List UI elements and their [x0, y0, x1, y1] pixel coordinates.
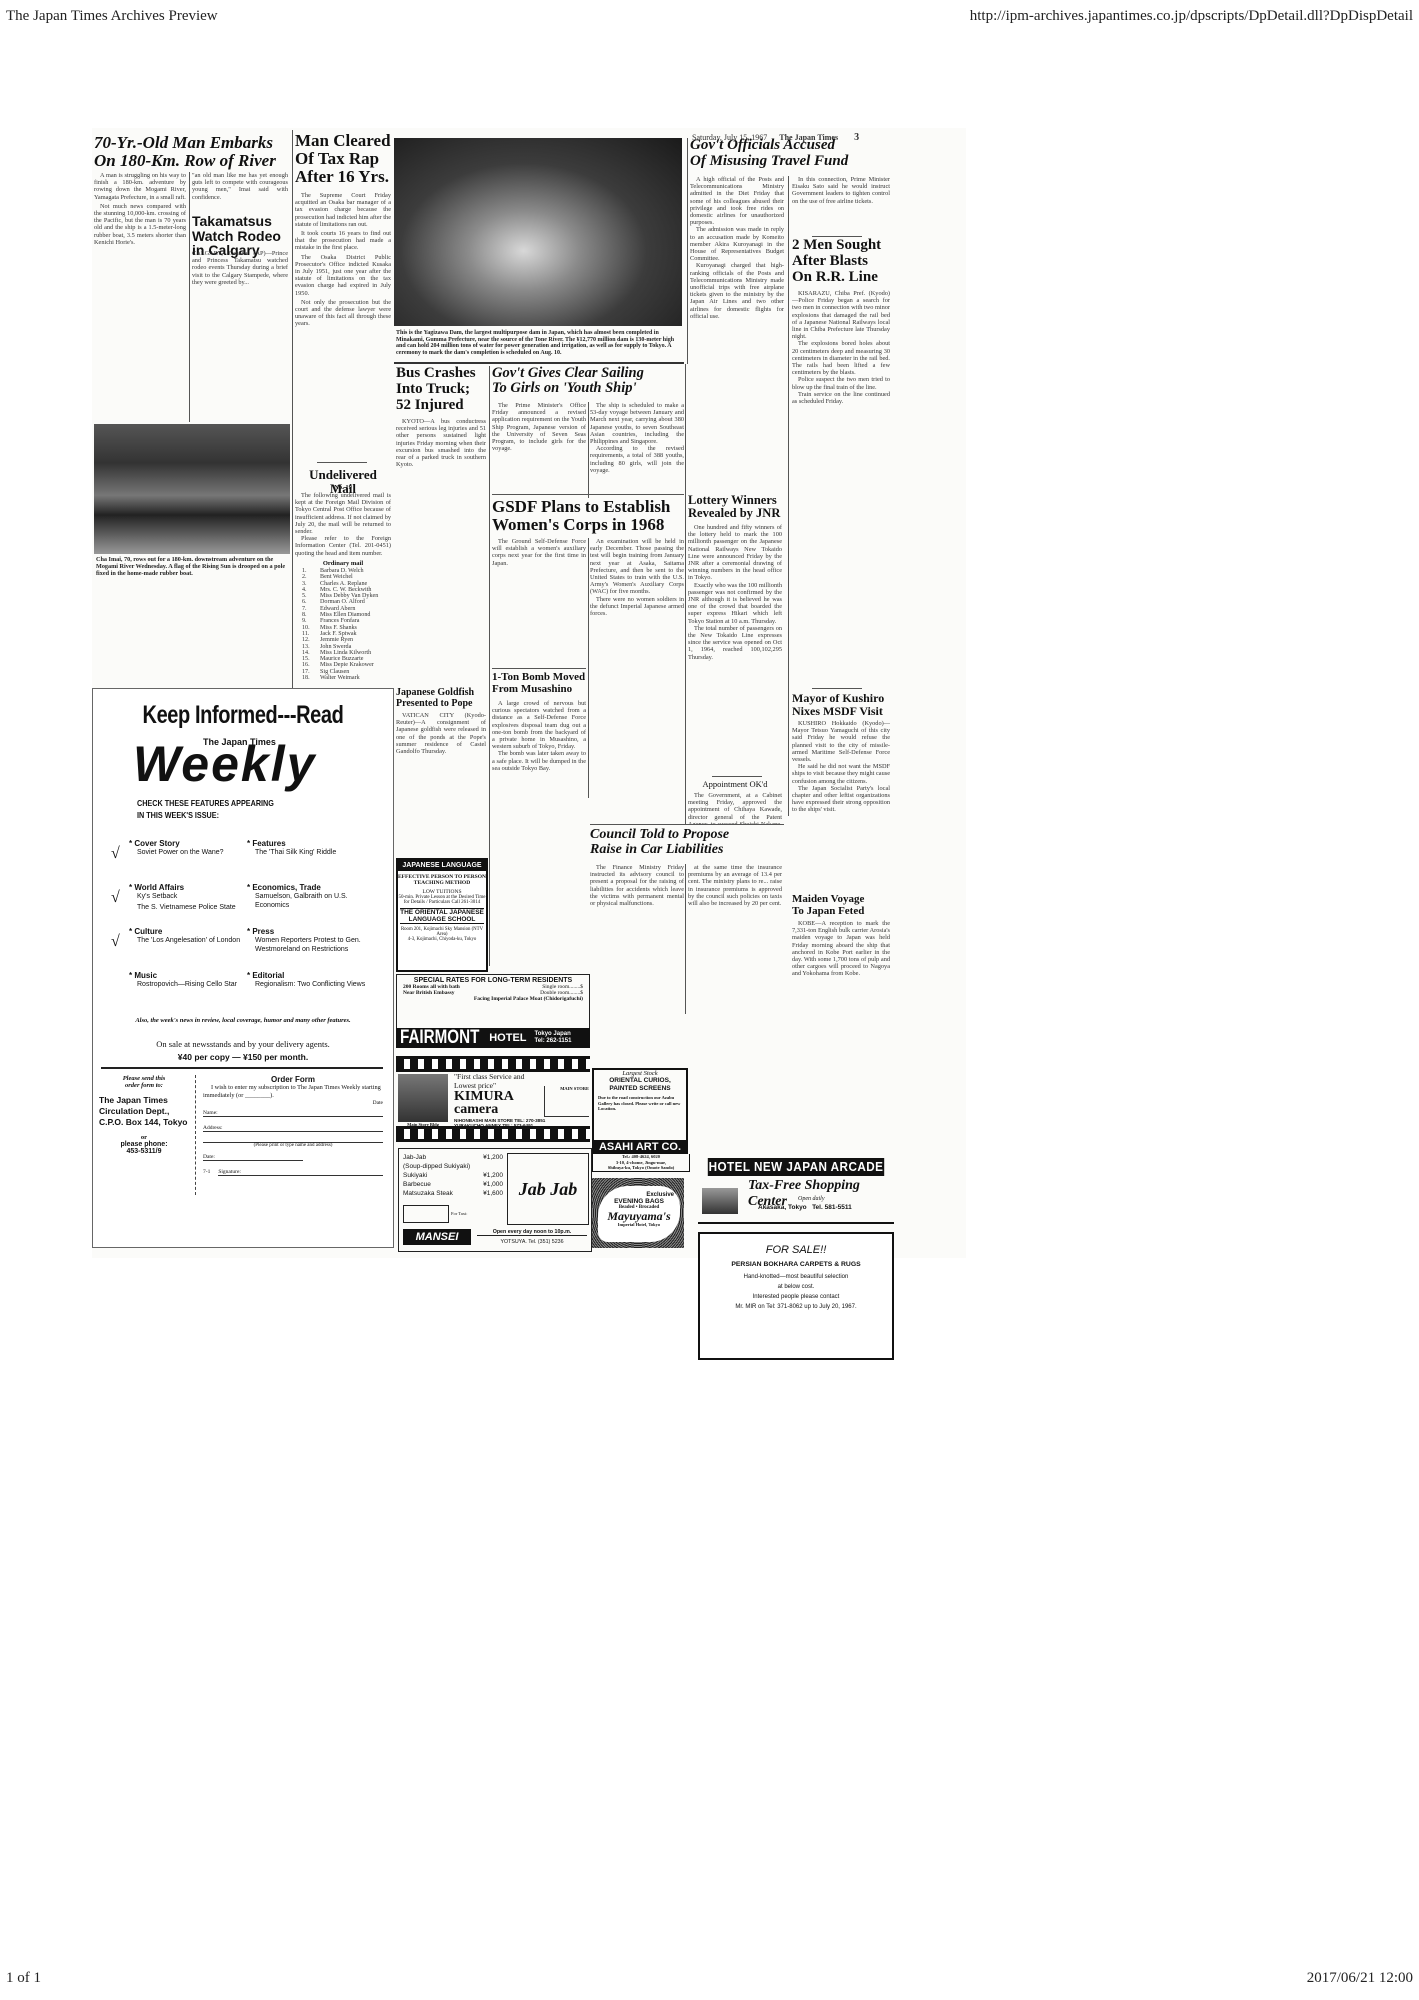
menu-item: Matsuzaka Steak¥1,600: [403, 1189, 503, 1198]
fairmont-name: FAIRMONT: [400, 1027, 479, 1049]
body-text: The following undelivered mail is kept a…: [295, 492, 391, 535]
divider: [590, 824, 784, 825]
weekly-logo: Weekly: [133, 735, 316, 793]
menu-item: Sukiyaki¥1,200: [403, 1171, 503, 1180]
carpets-ad: FOR SALE!! PERSIAN BOKHARA CARPETS & RUG…: [698, 1232, 894, 1360]
fairmont-ad: SPECIAL RATES FOR LONG-TERM RESIDENTS 20…: [396, 974, 590, 1030]
store-map: MAIN STORE: [544, 1086, 589, 1117]
body-text: Not much news compared with the stunning…: [94, 203, 186, 246]
weekly-feature-item: * PressWomen Reporters Protest to Gen. W…: [247, 927, 367, 954]
body-text: The Osaka District Public Prosecutor's O…: [295, 254, 391, 297]
weekly-price: ¥40 per copy — ¥150 per month.: [93, 1052, 393, 1062]
mail-list: 1.Barbara D. Welch2.Bent Weichel3.Charle…: [302, 568, 394, 681]
jabjab-menu: Jab-Jab¥1,200(Soup-dipped Sukiyaki)Sukiy…: [403, 1153, 481, 1198]
column-rule: [489, 366, 490, 966]
headline: Man Cleared: [295, 132, 391, 150]
column-rule: [189, 172, 190, 422]
column-rule: [588, 402, 589, 498]
asahi-art-name: ASAHI ART CO.: [592, 1140, 688, 1154]
check-line: IN THIS WEEK'S ISSUE:: [137, 809, 274, 821]
store-building-image: [398, 1074, 448, 1122]
column-rule: [685, 364, 686, 824]
divider: [712, 776, 762, 777]
mayuyama-ad: Exclusive EVENING BAGS Beaded • Brocaded…: [592, 1178, 684, 1248]
print-footer: 1 of 1 2017/06/21 12:00: [0, 1970, 1419, 1994]
carpets-contact: Mr. MIR on Tel: 371-8062 up to July 20, …: [700, 1304, 892, 1310]
headline: Council Told to Propose: [590, 828, 784, 843]
newspaper-page: Saturday, July 15, 1967 The Japan Times …: [92, 128, 966, 1258]
weekly-feature-item: √* Cover StorySoviet Power on the Wane?: [129, 839, 249, 857]
mayuyama-logo: Mayuyama's: [598, 1210, 680, 1222]
body-text: at the same time the insurance premiums …: [688, 864, 782, 1014]
column-rule: [685, 864, 686, 1014]
order-form: Order Form I wish to enter my subscripti…: [203, 1075, 383, 1176]
headline: Gov't Gives Clear Sailing: [492, 366, 684, 381]
school-name: THE ORIENTAL JAPANESE LANGUAGE SCHOOL: [400, 908, 484, 924]
divider: [317, 462, 367, 463]
body-text: "an old man like me has yet enough guts …: [192, 172, 288, 208]
page-url[interactable]: http://ipm-archives.japantimes.co.jp/dps…: [970, 8, 1413, 25]
hotel-arcade-name: HOTEL NEW JAPAN ARCADE: [708, 1158, 884, 1176]
address-field[interactable]: Address:: [203, 1125, 383, 1132]
weekly-headline: Keep Informed---Read: [123, 701, 363, 730]
order-form-title: Order Form: [203, 1075, 383, 1084]
divider: [101, 1067, 383, 1069]
name-field[interactable]: Name:: [203, 1110, 383, 1117]
headline: Raise in Car Liabilities: [590, 843, 784, 858]
weekly-feature-item: * EditorialRegionalism: Two Conflicting …: [247, 971, 367, 989]
body-text: CALGARY, Canada (AP)—Prince and Princess…: [192, 250, 288, 340]
menu-item: (Soup-dipped Sukiyaki): [403, 1162, 503, 1171]
column-rule: [588, 538, 589, 798]
kimura-camera-ad: Main Store Bldg "First class Service and…: [396, 1056, 590, 1142]
headline: On R.R. Line: [792, 270, 890, 286]
headline: Japanese Goldfish Presented to Pope: [396, 688, 486, 709]
film-strip: [396, 1126, 590, 1142]
headline: After Blasts: [792, 254, 890, 270]
divider: [195, 1075, 197, 1195]
mail-list-title: Ordinary mail: [295, 560, 391, 567]
headline: Nixes MSDF Visit: [792, 705, 890, 718]
column-rule: [687, 138, 688, 364]
column-rule: [788, 176, 789, 816]
body-text: The Finance Ministry Friday instructed i…: [590, 864, 684, 964]
weekly-feature-item: * Economics, TradeSamuelson, Galbraith o…: [247, 883, 367, 910]
menu-item: Jab-Jab¥1,200: [403, 1153, 503, 1162]
body-text: A man is struggling on his way to finish…: [94, 172, 186, 201]
checkmark-icon: √: [111, 933, 120, 951]
circulation-address: The Japan Times Circulation Dept., C.P.O…: [99, 1095, 189, 1128]
dam-caption: This is the Yagizawa Dam, the largest mu…: [396, 330, 680, 356]
jabjab-logo: Jab Jab: [507, 1153, 589, 1225]
body-text: The Ground Self-Defense Force will estab…: [492, 538, 586, 628]
weekly-feature-item: √* World AffairsKy's SetbackThe S. Vietn…: [129, 883, 249, 912]
headline: Appointment OK'd: [688, 780, 782, 789]
mansei-logo: MANSEI: [403, 1229, 471, 1245]
headline: 52 Injured: [396, 398, 486, 414]
headline: Maiden Voyage: [792, 894, 890, 906]
photo-caption: Cha Imai, 70, rows out for a 180-km. dow…: [96, 556, 290, 577]
carpets-title: FOR SALE!!: [700, 1244, 892, 1256]
language-school-ad: JAPANESE LANGUAGE EFFECTIVE PERSON TO PE…: [396, 858, 488, 972]
divider: [812, 688, 862, 689]
menu-item: Barbecue¥1,000: [403, 1180, 503, 1189]
body-text: The Supreme Court Friday acquitted an Os…: [295, 192, 391, 228]
jabjab-ad: Jab-Jab¥1,200(Soup-dipped Sukiyaki)Sukiy…: [398, 1148, 592, 1252]
mail-number: No. 19: [295, 484, 391, 491]
fairmont-banner: FAIRMONT HOTEL Tokyo Japan Tel: 262-1151: [396, 1028, 590, 1048]
headline: Into Truck;: [396, 382, 486, 398]
headline: Women's Corps in 1968: [492, 516, 684, 534]
weekly-feature-item: √* CultureThe 'Los Angelesation' of Lond…: [129, 927, 249, 945]
page-title: The Japan Times Archives Preview: [6, 8, 218, 25]
headline: To Girls on 'Youth Ship': [492, 381, 684, 396]
checkmark-icon: √: [111, 889, 120, 907]
headline: 2 Men Sought: [792, 238, 890, 254]
date-field[interactable]: Date:: [203, 1154, 303, 1161]
jabjab-map: [403, 1205, 449, 1223]
headline: Mayor of Kushiro: [792, 692, 890, 705]
weekly-features: √* Cover StorySoviet Power on the Wane?*…: [109, 839, 379, 1009]
headline: GSDF Plans to Establish: [492, 498, 684, 516]
kimura-name: camera: [454, 1103, 514, 1116]
divider: [394, 362, 684, 364]
film-strip: [396, 1056, 590, 1072]
headline: To Japan Feted: [792, 906, 890, 918]
dam-photo: [394, 138, 682, 326]
headline: Of Misusing Travel Fund: [690, 154, 890, 170]
river-photo: [94, 424, 290, 554]
headline: After 16 Yrs.: [295, 168, 391, 186]
circulation-phone: 453-5311/9: [99, 1148, 189, 1155]
print-header: The Japan Times Archives Preview http://…: [0, 8, 1419, 32]
column-rule: [292, 130, 293, 700]
signature-field[interactable]: Signature:: [218, 1169, 383, 1176]
headline: 1-Ton Bomb Moved From Musashino: [492, 672, 586, 695]
headline: Of Tax Rap: [295, 150, 391, 168]
headline: Gov't Officials Accused: [690, 138, 890, 154]
checkmark-icon: √: [111, 845, 120, 863]
asahi-art-ad: Largest Stock ORIENTAL CURIOS, PAINTED S…: [592, 1068, 688, 1142]
body-text: Not only the prosecution but the court a…: [295, 299, 391, 328]
body-text: It took courts 16 years to find out that…: [295, 230, 391, 252]
body-text: VATICAN CITY (Kyodo-Reuter)—A consignmen…: [396, 712, 486, 852]
divider: [492, 668, 586, 669]
headline: Bus Crashes: [396, 366, 486, 382]
body-text: The Prime Minister's Office Friday annou…: [492, 402, 586, 490]
page-count: 1 of 1: [6, 1970, 41, 1987]
body-text: The Government, at a Cabinet meeting Fri…: [688, 792, 782, 824]
hotel-arcade-ad: HOTEL NEW JAPAN ARCADE Tax-Free Shopping…: [698, 1158, 894, 1226]
mail-list-item: 18.Walter Weimark: [302, 675, 394, 681]
weekly-ad: Keep Informed---Read The Japan Times Wee…: [92, 688, 394, 1248]
weekly-also: Also, the week's news in review, local c…: [133, 1017, 353, 1024]
hotel-building-image: [702, 1188, 738, 1214]
weekly-feature-item: * FeaturesThe 'Thai Silk King' Riddle: [247, 839, 367, 857]
check-line: CHECK THESE FEATURES APPEARING: [137, 797, 274, 809]
divider: [698, 1222, 894, 1224]
headline: Revealed by JNR: [688, 507, 782, 520]
print-timestamp: 2017/06/21 12:00: [1307, 1970, 1413, 1987]
send-to-block: Please send this order form to: The Japa…: [99, 1075, 189, 1155]
headline: On 180-Km. Row of River: [94, 152, 290, 170]
body-text: KYOTO—A bus conductress received serious…: [396, 418, 486, 678]
headline: 70-Yr.-Old Man Embarks: [94, 134, 290, 152]
body-text: In this connection, Prime Minister Eisak…: [792, 176, 890, 232]
weekly-feature-item: * MusicRostropovich—Rising Cello Star: [129, 971, 249, 989]
body-text: Please refer to the Foreign Information …: [295, 535, 391, 557]
weekly-on-sale: On sale at newsstands and by your delive…: [93, 1039, 393, 1049]
body-text: KOBE—A reception to mark the 7,331-ton E…: [792, 920, 890, 1014]
